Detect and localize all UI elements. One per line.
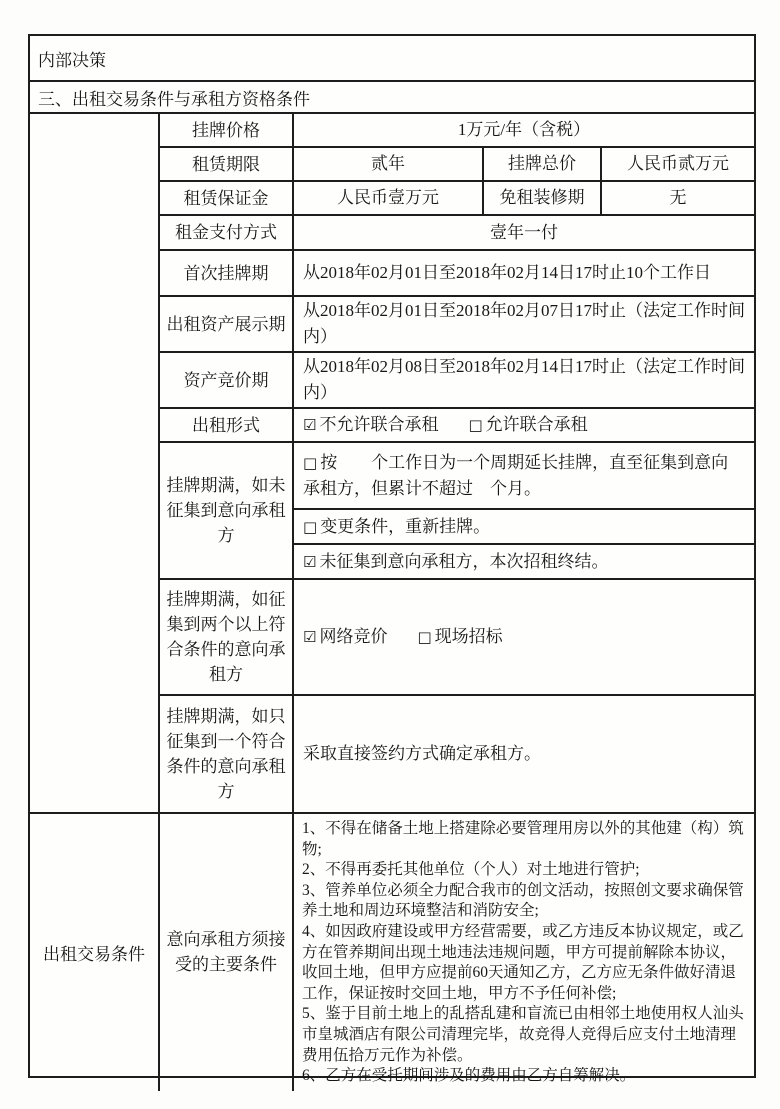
internal-decision-cell: 内部决策 [30,36,754,80]
first-listing-label: 首次挂牌期 [160,251,294,295]
main-rows: 挂牌价格 1万元/年（含税） 租赁期限 贰年 挂牌总价 人民币贰万元 租赁保证金… [160,114,754,812]
internal-decision-row: 内部决策 [30,36,754,82]
conditions-label: 意向承租方须接受的主要条件 [160,814,294,1091]
left-spacer-cell [30,114,160,812]
conditions-row-label: 出租交易条件 [30,814,160,1091]
no-tenant-option-relist-label: 变更条件，重新挂牌。 [320,517,490,536]
checkbox-checked-icon: ☑ [303,628,316,646]
section-title-cell: 三、出租交易条件与承租方资格条件 [30,82,754,112]
condition-item: 4、如因政府建设或甲方经营需要，或乙方违反本协议规定，或乙方在管养期间出现土地违… [302,922,746,1004]
payment-row: 租金支付方式 壹年一付 [160,216,754,251]
bidding-period-row: 资产竞价期 从2018年02月08日至2018年02月14日17时止（法定工作时… [160,353,754,409]
deposit-row: 租赁保证金 人民币壹万元 免租装修期 无 [160,182,754,216]
section-title: 三、出租交易条件与承租方资格条件 [38,85,310,110]
no-tenant-option-terminate-label: 未征集到意向承租方，本次招租终结。 [319,552,608,571]
multiple-tenants-label: 挂牌期满，如征集到两个以上符合条件的意向承租方 [160,580,294,694]
lease-term-label: 租赁期限 [160,148,294,180]
condition-item: 5、鉴于目前土地上的乱搭乱建和盲流已由相邻土地使用权人汕头市皇城酒店有限公司清理… [302,1004,746,1066]
checkbox-checked-icon: ☑ [303,416,316,434]
listing-price-row: 挂牌价格 1万元/年（含税） [160,114,754,148]
checkbox-checked-icon: ☑ [303,553,316,571]
lease-form-option-allow-label: 允许联合承租 [486,415,588,434]
display-period-row: 出租资产展示期 从2018年02月01日至2018年02月07日17时止（法定工… [160,297,754,353]
condition-item: 6、乙方在受托期间涉及的费用由乙方自筹解决。 [302,1066,746,1087]
condition-item: 2、不得再委托其他单位（个人）对土地进行管护; [302,860,746,881]
lease-term-row: 租赁期限 贰年 挂牌总价 人民币贰万元 [160,148,754,182]
conditions-row: 出租交易条件 意向承租方须接受的主要条件 1、不得在储备土地上搭建除必要管理用房… [30,814,754,1091]
no-tenant-label: 挂牌期满，如未征集到意向承租方 [160,443,294,578]
multiple-tenants-option-online-label: 网络竞价 [319,627,387,646]
lease-form-option-disallow: ☑不允许联合承租 [303,412,438,438]
listing-price-value: 1万元/年（含税） [294,114,754,146]
checkbox-unchecked-icon: □ [417,628,431,646]
no-tenant-option-relist: □变更条件，重新挂牌。 [294,510,754,545]
deposit-value: 人民币壹万元 [294,182,484,214]
listing-total-label: 挂牌总价 [484,148,602,180]
scanned-document-page: 内部决策 三、出租交易条件与承租方资格条件 挂牌价格 1万元/年（含税） 租赁期… [0,0,780,1109]
multiple-tenants-option-onsite-label: 现场招标 [435,627,503,646]
display-period-label: 出租资产展示期 [160,297,294,351]
no-tenant-option-extend-label: 按 个工作日为一个周期延长挂牌，直至征集到意向承租方，但累计不超过 个月。 [303,453,728,498]
no-tenant-option-extend: □按 个工作日为一个周期延长挂牌，直至征集到意向承租方，但累计不超过 个月。 [294,443,754,510]
section-title-row: 三、出租交易条件与承租方资格条件 [30,82,754,114]
listing-total-value: 人民币贰万元 [602,148,754,180]
listing-price-label: 挂牌价格 [160,114,294,146]
bidding-period-label: 资产竞价期 [160,353,294,407]
bidding-period-value: 从2018年02月08日至2018年02月14日17时止（法定工作时间内） [294,353,754,407]
single-tenant-label: 挂牌期满，如只征集到一个符合条件的意向承租方 [160,696,294,812]
lease-term-value: 贰年 [294,148,484,180]
deposit-label: 租赁保证金 [160,182,294,214]
lease-form-option-disallow-label: 不允许联合承租 [319,415,438,434]
checkbox-unchecked-icon: □ [303,518,317,536]
lease-form-option-allow: □允许联合承租 [468,412,587,438]
rent-free-value: 无 [602,182,754,214]
multiple-tenants-row: 挂牌期满，如征集到两个以上符合条件的意向承租方 ☑网络竞价 □现场招标 [160,580,754,696]
main-section: 挂牌价格 1万元/年（含税） 租赁期限 贰年 挂牌总价 人民币贰万元 租赁保证金… [30,114,754,814]
display-period-value: 从2018年02月01日至2018年02月07日17时止（法定工作时间内） [294,297,754,351]
checkbox-unchecked-icon: □ [468,416,482,434]
multiple-tenants-options: ☑网络竞价 □现场招标 [294,580,754,694]
multiple-tenants-option-online: ☑网络竞价 [303,624,387,650]
rent-free-label: 免租装修期 [484,182,602,214]
lease-form-row: 出租形式 ☑不允许联合承租 □允许联合承租 [160,409,754,443]
conditions-list: 1、不得在储备土地上搭建除必要管理用房以外的其他建（构）筑物; 2、不得再委托其… [294,814,754,1091]
internal-decision-label: 内部决策 [38,46,106,71]
checkbox-unchecked-icon: □ [303,454,317,472]
single-tenant-value: 采取直接签约方式确定承租方。 [294,696,754,812]
no-tenant-row: 挂牌期满，如未征集到意向承租方 □按 个工作日为一个周期延长挂牌，直至征集到意向… [160,443,754,580]
lease-conditions-table: 内部决策 三、出租交易条件与承租方资格条件 挂牌价格 1万元/年（含税） 租赁期… [28,34,756,1078]
first-listing-value: 从2018年02月01日至2018年02月14日17时止10个工作日 [294,251,754,295]
first-listing-row: 首次挂牌期 从2018年02月01日至2018年02月14日17时止10个工作日 [160,251,754,297]
no-tenant-options: □按 个工作日为一个周期延长挂牌，直至征集到意向承租方，但累计不超过 个月。 □… [294,443,754,578]
no-tenant-option-terminate: ☑未征集到意向承租方，本次招租终结。 [294,545,754,578]
single-tenant-row: 挂牌期满，如只征集到一个符合条件的意向承租方 采取直接签约方式确定承租方。 [160,696,754,812]
payment-label: 租金支付方式 [160,216,294,249]
lease-form-label: 出租形式 [160,409,294,441]
payment-value: 壹年一付 [294,216,754,249]
lease-form-options: ☑不允许联合承租 □允许联合承租 [294,409,754,441]
multiple-tenants-option-onsite: □现场招标 [417,624,502,650]
condition-item: 3、管养单位必须全力配合我市的创文活动，按照创文要求确保管养土地和周边环境整洁和… [302,881,746,922]
condition-item: 1、不得在储备土地上搭建除必要管理用房以外的其他建（构）筑物; [302,819,746,860]
